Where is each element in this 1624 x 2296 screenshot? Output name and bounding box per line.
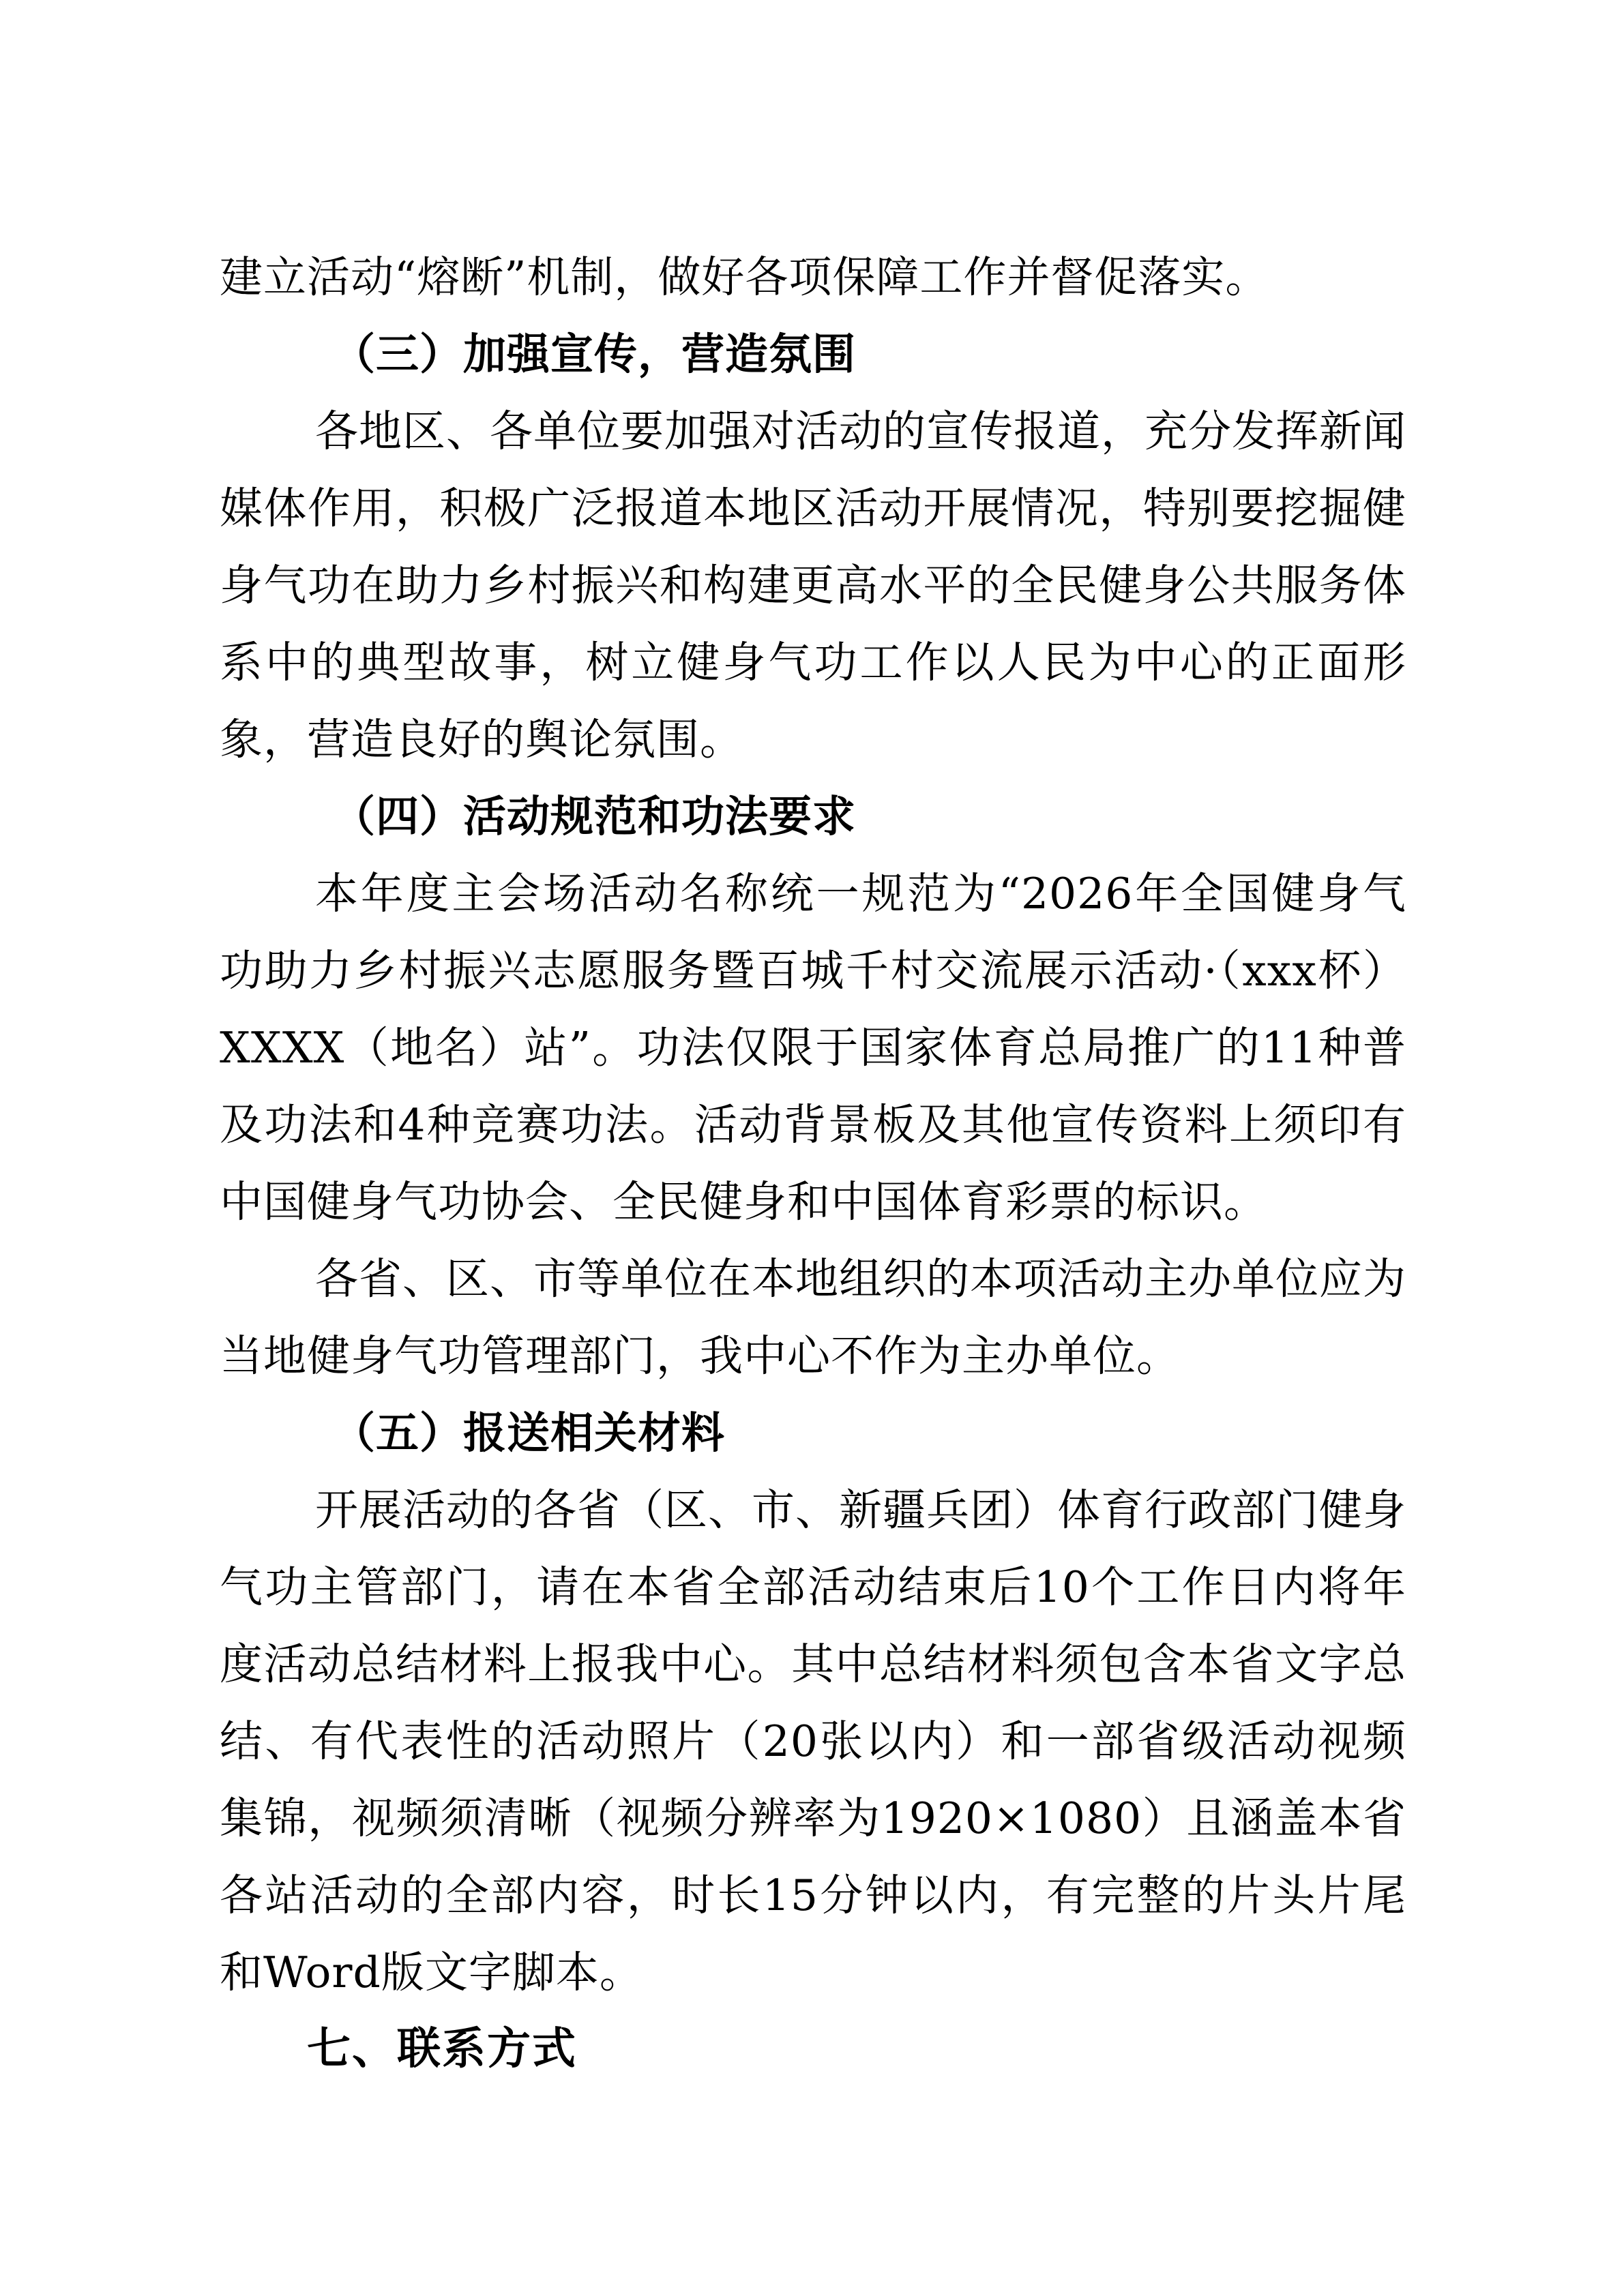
paragraph-publicity: 各地区、各单位要加强对活动的宣传报道，充分发挥新闻媒体作用，积极广泛报道本地区活… [220, 393, 1406, 778]
subheading-publicity: （三）加强宣传，营造氛围 [220, 316, 1406, 393]
paragraph-organizer: 各省、区、市等单位在本地组织的本项活动主办单位应为当地健身气功管理部门，我中心不… [220, 1240, 1406, 1395]
paragraph-fuse-mechanism: 建立活动“熔断”机制，做好各项保障工作并督促落实。 [220, 239, 1406, 316]
paragraph-activity-name: 本年度主会场活动名称统一规范为“2026年全国健身气功助力乡村振兴志愿服务暨百城… [220, 855, 1406, 1240]
subheading-activity-norms: （四）活动规范和功法要求 [220, 778, 1406, 855]
document-page: 建立活动“熔断”机制，做好各项保障工作并督促落实。 （三）加强宣传，营造氛围 各… [220, 239, 1406, 2088]
subheading-submit-materials: （五）报送相关材料 [220, 1395, 1406, 1472]
paragraph-submit-materials: 开展活动的各省（区、市、新疆兵团）体育行政部门健身气功主管部门，请在本省全部活动… [220, 1472, 1406, 2011]
section-heading-contact: 七、联系方式 [220, 2011, 1406, 2088]
